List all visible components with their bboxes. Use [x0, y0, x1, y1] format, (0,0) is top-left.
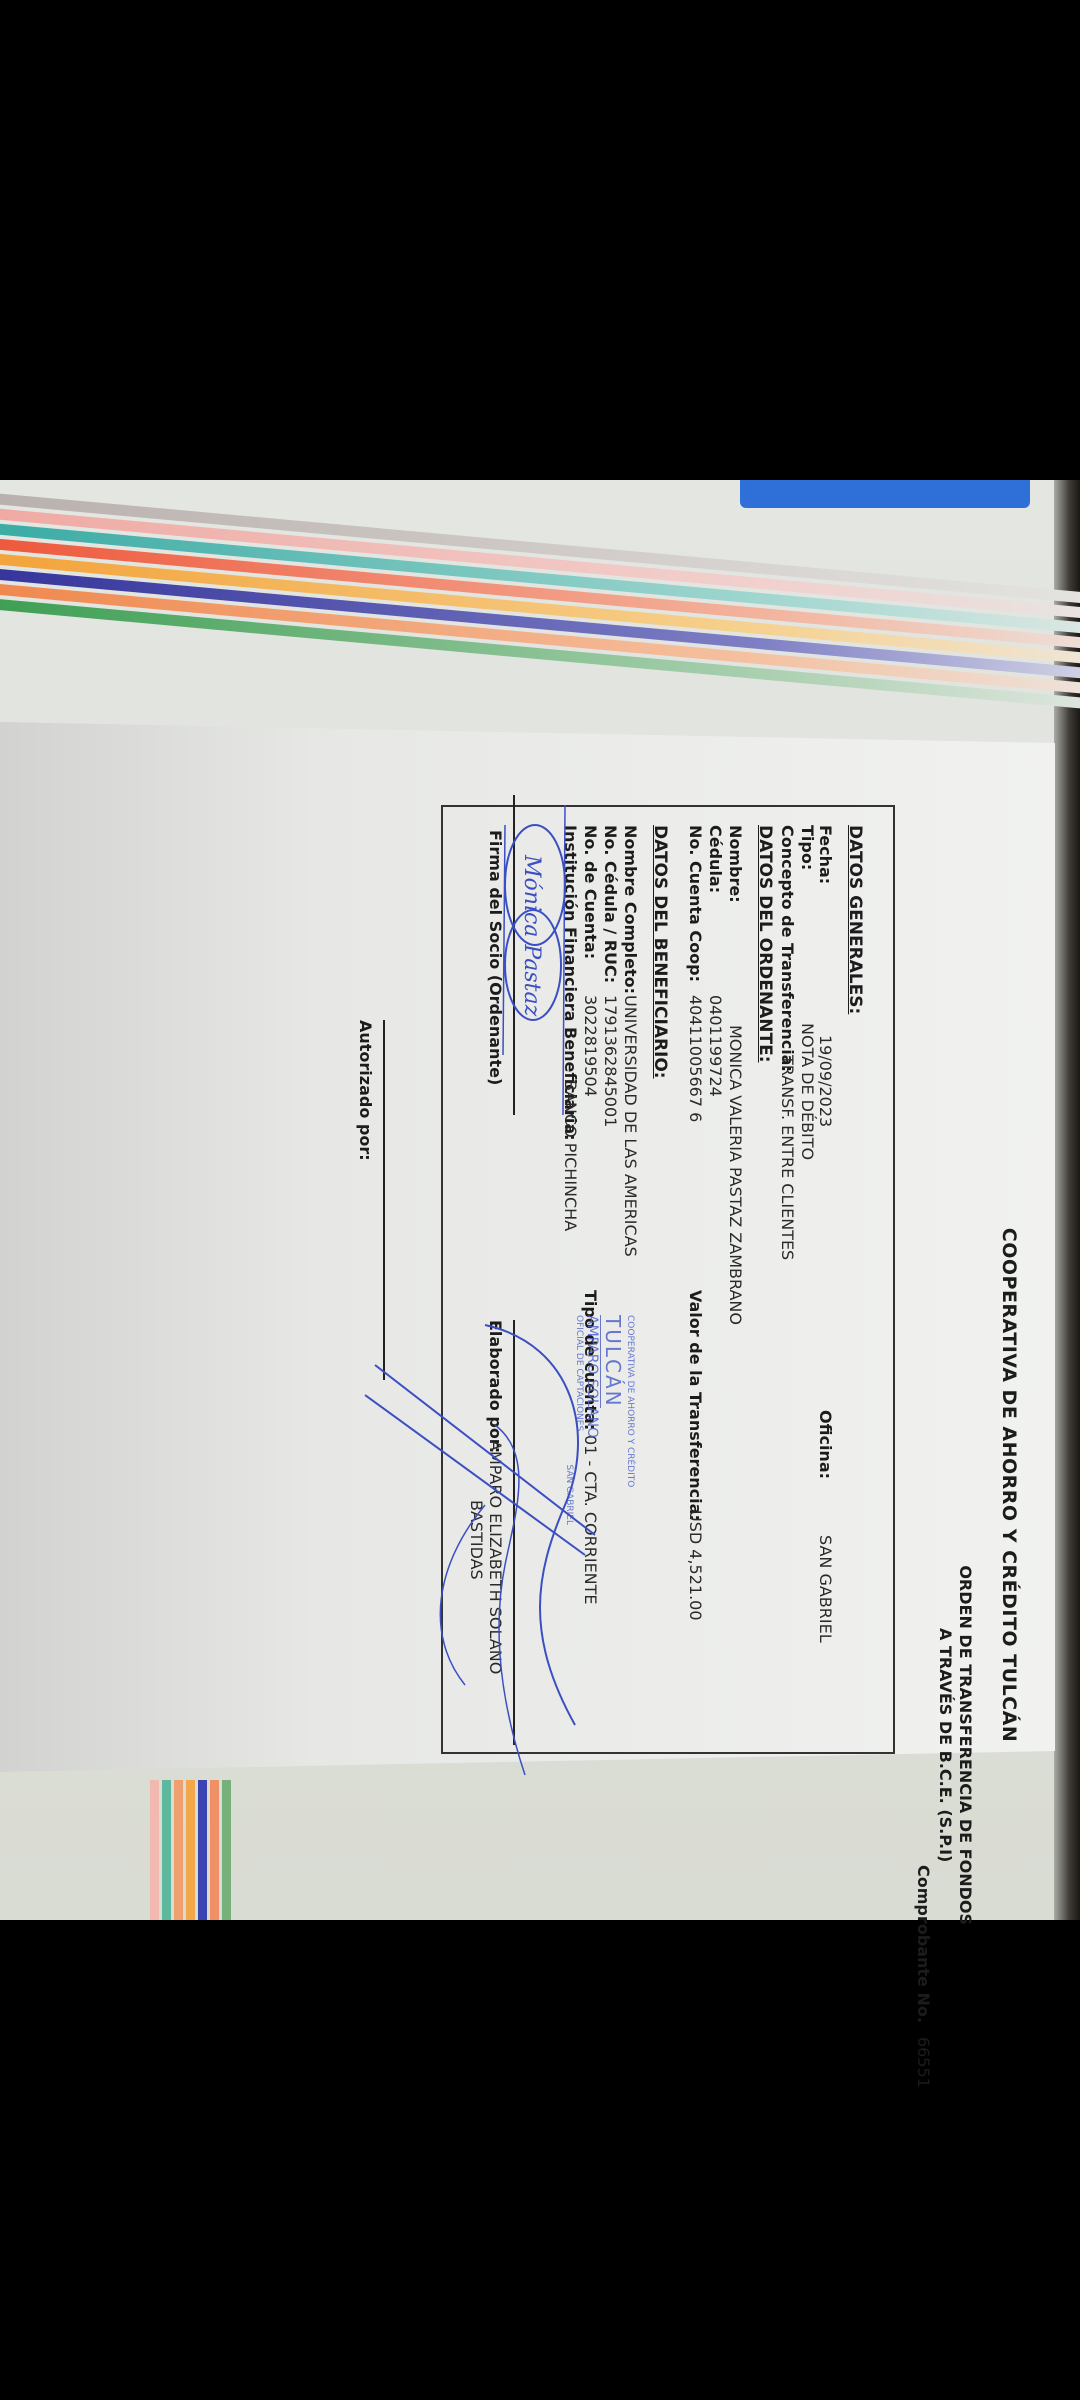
beneficiario-cuenta-label: No. de Cuenta: [581, 825, 600, 959]
beneficiario-nombre-value: UNIVERSIDAD DE LAS AMERICAS [621, 995, 640, 1257]
tipo-label: Tipo: [798, 825, 817, 870]
elaborado-signature-line [513, 1320, 515, 1745]
socio-signature-label: Firma del Socio (Ordenante) [486, 830, 505, 1085]
valor-label: Valor de la Transferencia: [686, 1290, 705, 1521]
tipo-value: NOTA DE DÉBITO [798, 1023, 817, 1160]
oficina-value: SAN GABRIEL [816, 1535, 835, 1643]
beneficiario-ruc-label: No. Cédula / RUC: [601, 825, 620, 983]
cooperative-stamp: COOPERATIVA DE AHORRO Y CRÉDITO TULCÁN A… [564, 1315, 635, 1525]
autorizado-signature-line [383, 1020, 385, 1380]
institution-title: COOPERATIVA DE AHORRO Y CRÉDITO TULCÁN [998, 985, 1020, 1985]
section-beneficiario: DATOS DEL BENEFICIARIO: [650, 825, 670, 1079]
ordenante-cedula-label: Cédula: [706, 825, 725, 893]
socio-signature-line [513, 795, 515, 1115]
blue-tape [740, 480, 1030, 508]
autorizado-label: Autorizado por: [356, 1020, 375, 1161]
form-title: ORDEN DE TRANSFERENCIA DE FONDOS A TRAVÉ… [935, 1565, 975, 1925]
section-datos-generales: DATOS GENERALES: [845, 825, 865, 1014]
elaborado-value: AMPARO ELIZABETH SOLANO BASTIDAS [467, 1440, 505, 1674]
section-ordenante: DATOS DEL ORDENANTE: [755, 825, 775, 1063]
ordenante-cuenta-label: No. Cuenta Coop: [686, 825, 705, 982]
ordenante-cuenta-value: 40411005667 6 [686, 995, 705, 1122]
transfer-order-form: COOPERATIVA DE AHORRO Y CRÉDITO TULCÁN O… [245, 985, 1045, 1985]
concepto-label: Concepto de Transferencia: [778, 825, 797, 1072]
voucher-number: Comprobante No.66551 [914, 1865, 933, 2088]
ordenante-nombre-label: Nombre: [726, 825, 745, 903]
beneficiario-ruc-value: 1791362845001 [601, 995, 620, 1127]
institucion-value: BANCO PICHINCHA [561, 1080, 580, 1231]
beneficiario-cuenta-value: 3022819504 [581, 995, 600, 1097]
oficina-label: Oficina: [816, 1410, 835, 1479]
ordenante-cedula-value: 0401199724 [706, 995, 725, 1097]
concepto-value: TRANSF. ENTRE CLIENTES [778, 1055, 797, 1260]
bottom-stripes [150, 1780, 231, 1920]
fecha-label: Fecha: [816, 825, 835, 884]
valor-value: USD 4,521.00 [686, 1510, 705, 1621]
ordenante-nombre-value: MONICA VALERIA PASTAZ ZAMBRANO [726, 1025, 745, 1325]
elaborado-label: Elaborado por: [486, 1320, 505, 1453]
fecha-value: 19/09/2023 [816, 1035, 835, 1127]
beneficiario-nombre-label: Nombre Completo: [621, 825, 640, 994]
